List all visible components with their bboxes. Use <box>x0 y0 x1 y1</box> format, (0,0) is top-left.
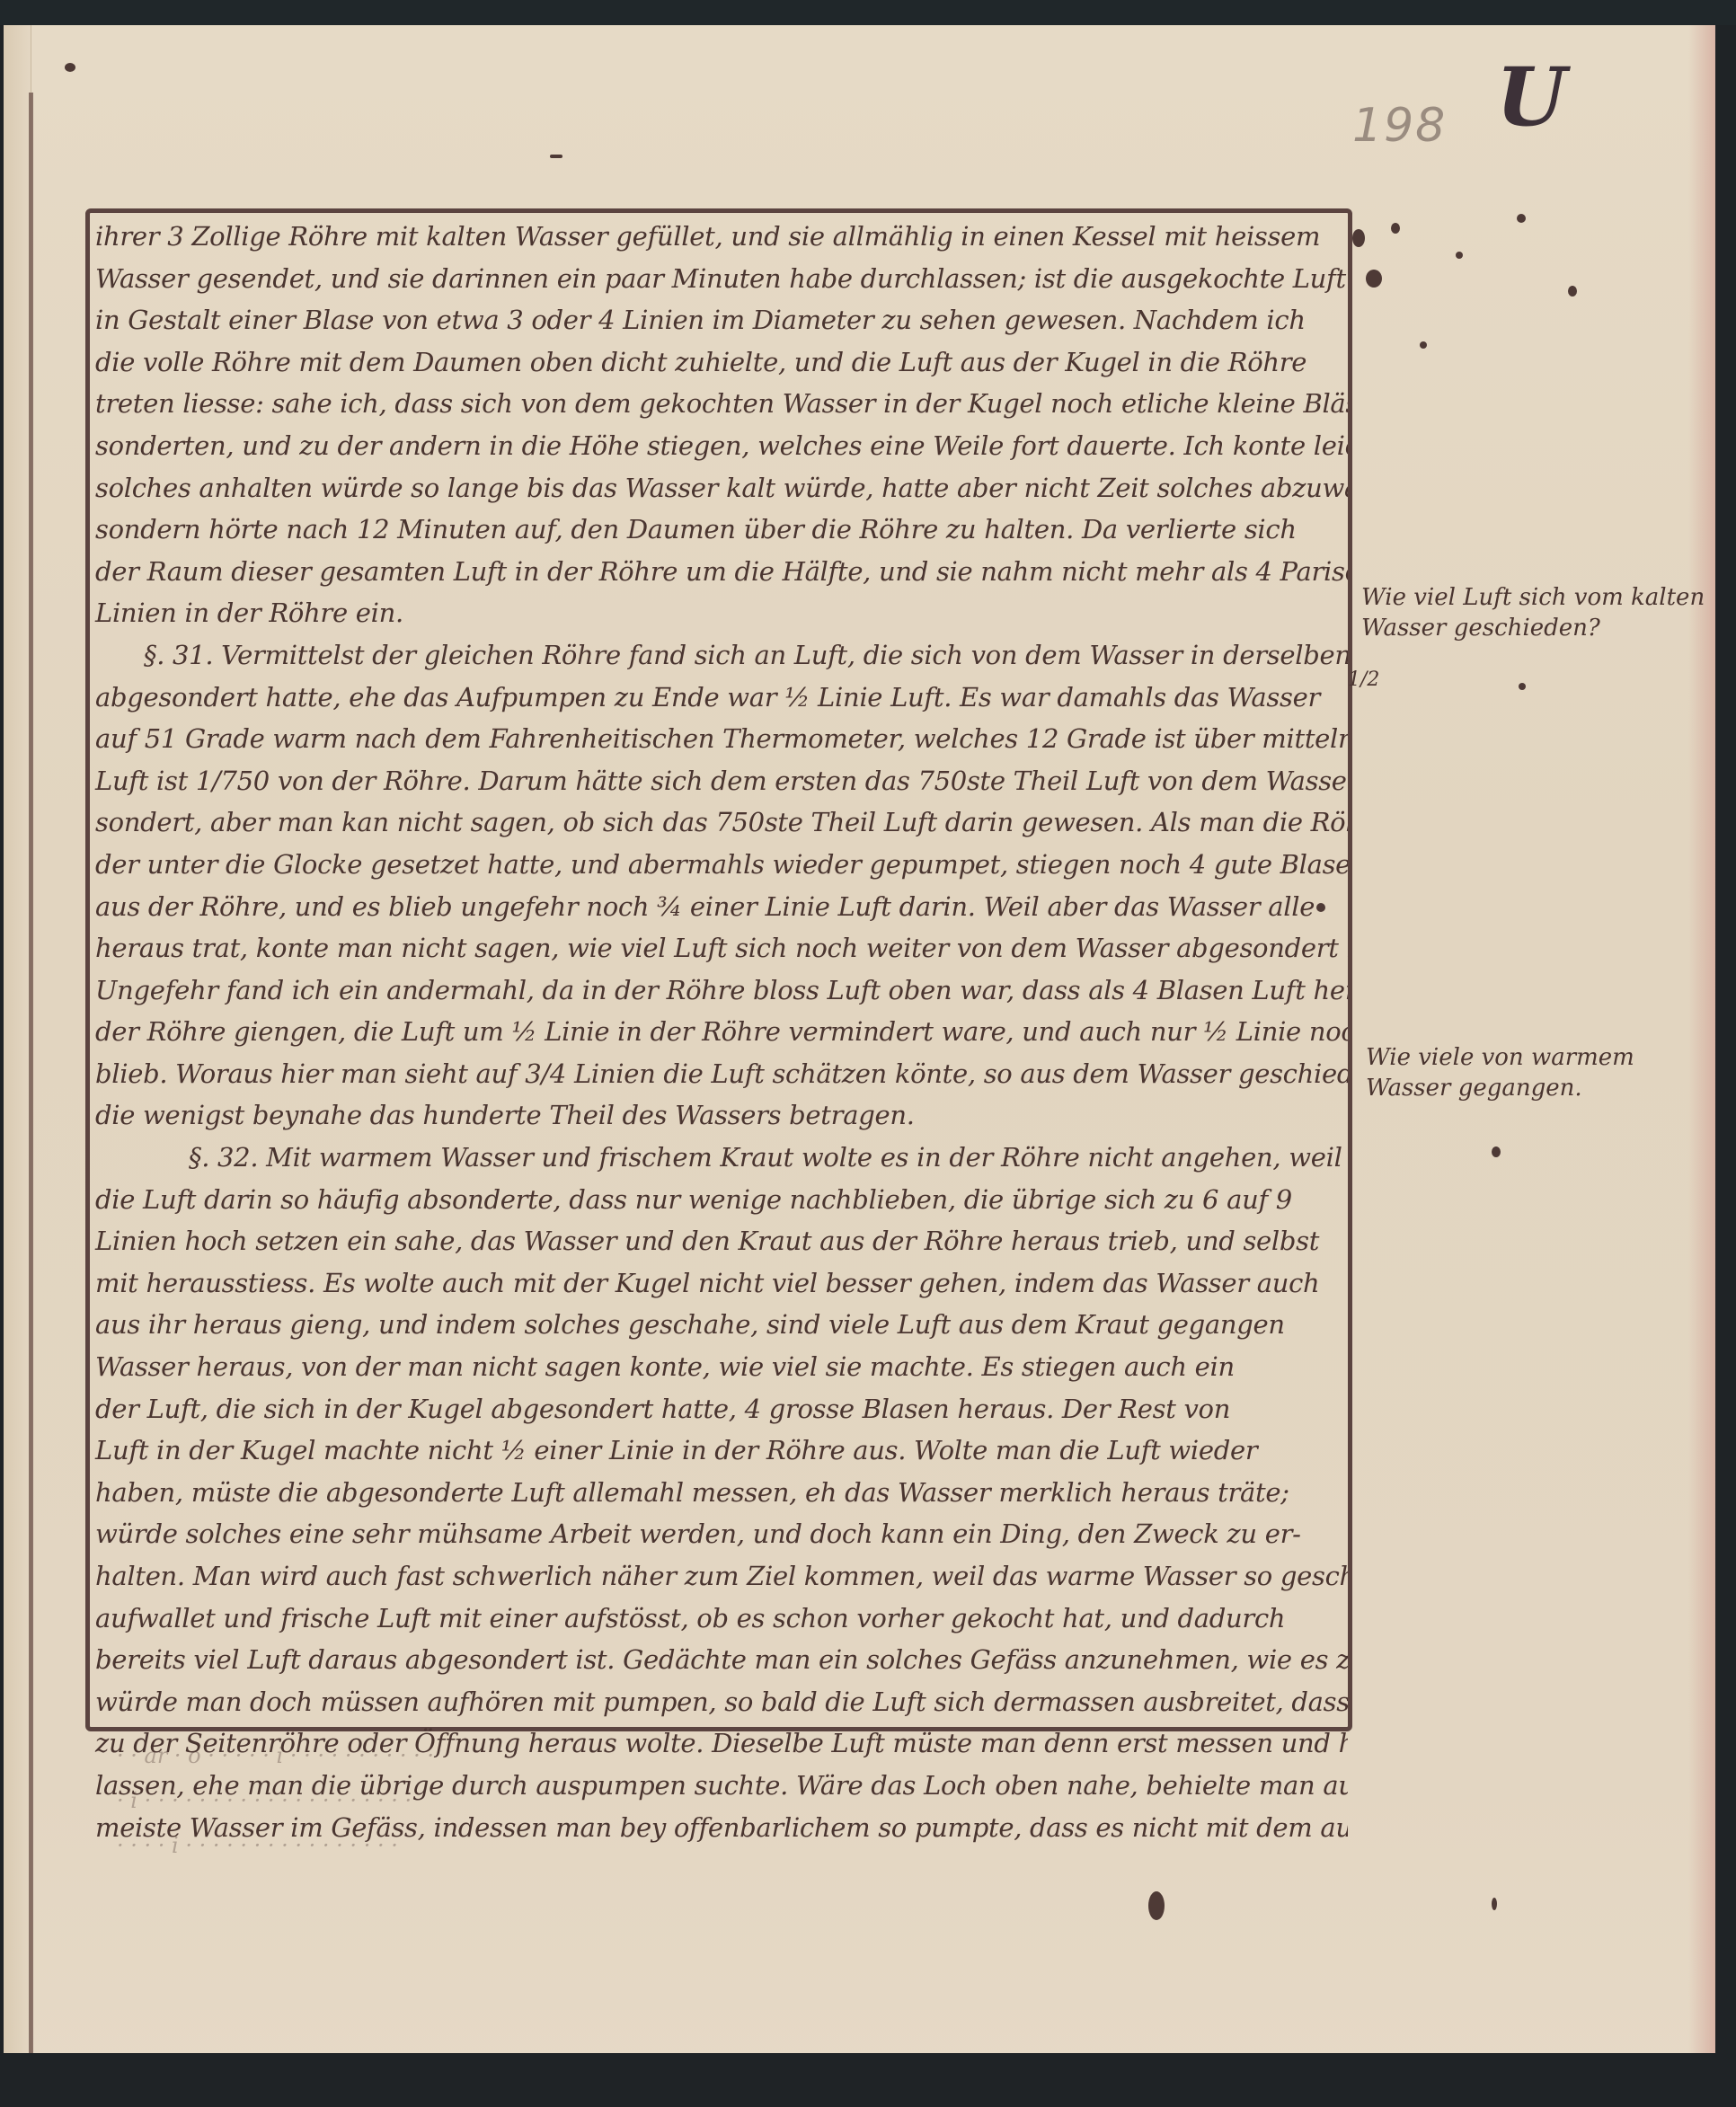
ink-blot <box>1456 252 1463 259</box>
ink-blot <box>1352 229 1365 247</box>
text-line: aus ihr heraus gieng, und indem solches … <box>90 1304 1348 1346</box>
text-line: ihrer 3 Zollige Röhre mit kalten Wasser … <box>90 216 1348 258</box>
text-line: halten. Man wird auch fast schwerlich nä… <box>90 1555 1348 1598</box>
ink-blot <box>1492 1146 1501 1157</box>
text-line: sondert, aber man kan nicht sagen, ob si… <box>90 801 1348 844</box>
scan-background-top <box>0 0 1736 25</box>
paragraph-32-start: §. 32. Mit warmem Wasser und frischem Kr… <box>90 1137 1348 1179</box>
bleed-through-row: · · · · i · · · · · · · · · · · · · · · … <box>117 1833 1375 1860</box>
ink-blot <box>1148 1891 1165 1920</box>
ink-blot <box>65 63 75 72</box>
margin-note-line: Wie viel Luft sich vom kalten <box>1361 582 1705 613</box>
text-line: aufwallet und frische Luft mit einer auf… <box>90 1598 1348 1640</box>
margin-note-fraction: 1/2 <box>1348 665 1379 695</box>
text-line: der Luft, die sich in der Kugel abgesond… <box>90 1388 1348 1430</box>
text-line: würde man doch müssen aufhören mit pumpe… <box>90 1681 1348 1723</box>
ink-blot <box>1519 683 1526 690</box>
ink-blot <box>1366 270 1382 288</box>
text-line: Ungefehr fand ich ein andermahl, da in d… <box>90 969 1348 1012</box>
ink-blot <box>1420 341 1427 349</box>
text-line: der unter die Glocke gesetzet hatte, und… <box>90 844 1348 886</box>
text-line: sondern hörte nach 12 Minuten auf, den D… <box>90 509 1348 551</box>
text-line: Linien hoch setzen ein sahe, das Wasser … <box>90 1220 1348 1262</box>
margin-note-warm-water: Wie viele von warmem Wasser gegangen. <box>1366 1042 1634 1103</box>
paragraph-31-start: §. 31. Vermittelst der gleichen Röhre fa… <box>90 634 1348 677</box>
margin-note-line: Wasser geschieden? <box>1361 613 1705 643</box>
text-line: mit herausstiess. Es wolte auch mit der … <box>90 1262 1348 1305</box>
text-line: würde solches eine sehr mühsame Arbeit w… <box>90 1513 1348 1555</box>
text-line: die Luft darin so häufig absonderte, das… <box>90 1179 1348 1221</box>
text-line: in Gestalt einer Blase von etwa 3 oder 4… <box>90 299 1348 341</box>
section-letter: U <box>1496 49 1567 145</box>
text-line: solches anhalten würde so lange bis das … <box>90 467 1348 509</box>
text-line: abgesondert hatte, ehe das Aufpumpen zu … <box>90 677 1348 719</box>
text-line: bereits viel Luft daraus abgesondert ist… <box>90 1639 1348 1681</box>
page-number: 198 <box>1352 99 1447 153</box>
text-line: Linien in der Röhre ein. <box>90 592 1348 634</box>
ink-blot <box>550 155 562 158</box>
text-line: Wasser gesendet, und sie darinnen ein pa… <box>90 258 1348 300</box>
binding-gutter <box>4 25 31 2083</box>
margin-note-line: Wie viele von warmem <box>1366 1042 1634 1073</box>
ink-blot <box>1391 223 1400 234</box>
text-line: aus der Röhre, und es blieb ungefehr noc… <box>90 886 1348 928</box>
text-line: treten liesse: sahe ich, dass sich von d… <box>90 383 1348 425</box>
text-line: blieb. Woraus hier man sieht auf 3/4 Lin… <box>90 1053 1348 1095</box>
text-line: der Raum dieser gesamten Luft in der Röh… <box>90 551 1348 593</box>
bleed-through-row: · · ar · o · · · · · i · · · · · · · · ·… <box>117 1743 1375 1770</box>
ink-blot <box>1568 286 1577 297</box>
text-line: Luft ist 1/750 von der Röhre. Darum hätt… <box>90 760 1348 802</box>
text-line: Luft in der Kugel machte nicht ½ einer L… <box>90 1430 1348 1472</box>
margin-rule-line <box>29 93 33 2087</box>
scan-background-bottom <box>0 2053 1736 2107</box>
text-line: Wasser heraus, von der man nicht sagen k… <box>90 1346 1348 1388</box>
ink-blot <box>1517 214 1526 223</box>
text-line: der Röhre giengen, die Luft um ½ Linie i… <box>90 1011 1348 1053</box>
text-line: haben, müste die abgesonderte Luft allem… <box>90 1472 1348 1514</box>
main-text-body: ihrer 3 Zollige Röhre mit kalten Wasser … <box>90 216 1348 1848</box>
text-line: heraus trat, konte man nicht sagen, wie … <box>90 927 1348 969</box>
margin-note-cold-water: Wie viel Luft sich vom kalten Wasser ges… <box>1361 582 1705 643</box>
ink-blot <box>1492 1898 1497 1910</box>
margin-note-line: Wasser gegangen. <box>1366 1073 1634 1103</box>
text-line: die volle Röhre mit dem Daumen oben dich… <box>90 341 1348 384</box>
text-line: die wenigst beynahe das hunderte Theil d… <box>90 1094 1348 1137</box>
ink-blot <box>1316 903 1325 912</box>
text-line: sonderten, und zu der andern in die Höhe… <box>90 425 1348 467</box>
text-line: auf 51 Grade warm nach dem Fahrenheitisc… <box>90 718 1348 760</box>
bleed-through-row: · i · · · · · · · · · · · · · · · · · · … <box>117 1788 1375 1815</box>
